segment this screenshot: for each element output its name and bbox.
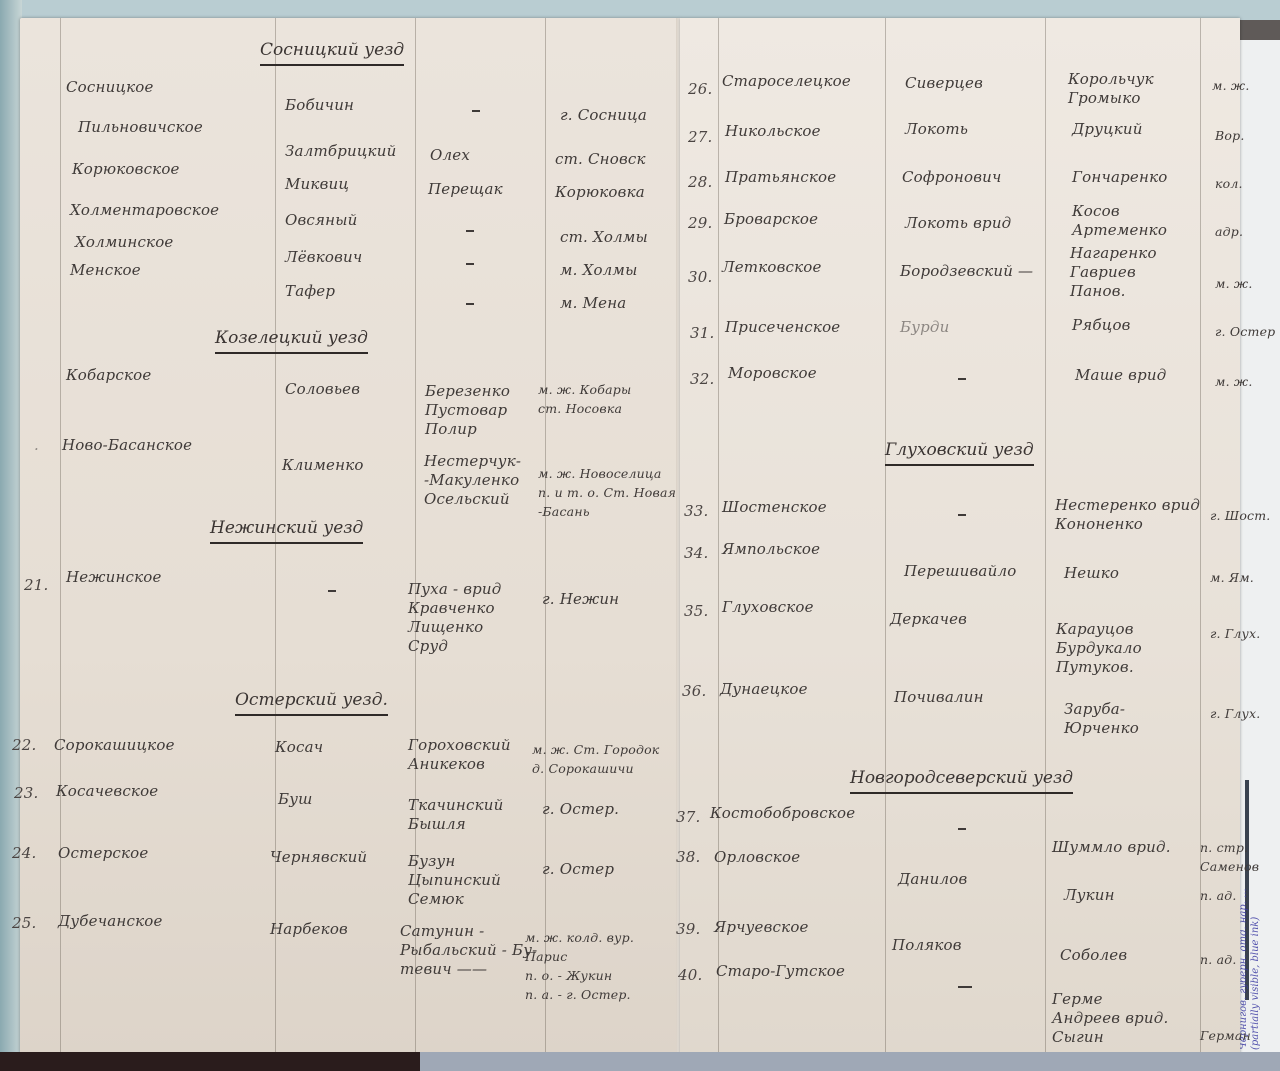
member-names: Ткачинский Бышля	[408, 796, 503, 834]
row-number: 29.	[688, 214, 712, 232]
member-names: Пуха - врид Кравченко Лищенко Сруд	[408, 580, 502, 656]
volost-name: Сорокашицкое	[54, 736, 175, 754]
row-number: 32.	[690, 370, 714, 388]
left-page: Сосницкий уезд Сосницкое Бобичин г. Сосн…	[20, 18, 680, 1056]
row-number: ·	[34, 440, 39, 458]
volost-name: Староселецкое	[722, 72, 851, 90]
row-number: 22.	[12, 736, 36, 754]
empty-dash	[958, 986, 972, 988]
empty-dash	[466, 303, 474, 305]
member-names: Карауцов Бурдукало Путуков.	[1056, 620, 1142, 677]
location: м. Холмы	[560, 261, 638, 279]
section-heading: Козелецкий уезд	[215, 328, 368, 354]
member-names: Сатунин - Рыбальский - Бу- тевич ——	[400, 922, 537, 979]
member-names: Нестерчук- -Макуленко Осельский	[424, 452, 521, 509]
chairman-name: Данилов	[898, 870, 967, 888]
location: Вор.	[1215, 128, 1245, 143]
column-rule	[60, 18, 61, 1056]
volost-name: Сосницкое	[66, 78, 154, 96]
chairman-name: Чернявский	[270, 848, 367, 866]
volost-name: Ново-Басанское	[62, 436, 192, 454]
member-names: Маше врид	[1075, 366, 1166, 384]
member-names: Герме Андреев врид. Сыгин	[1052, 990, 1168, 1047]
volost-name: Кобарское	[66, 366, 151, 384]
location: г. Нежин	[542, 590, 619, 608]
empty-dash	[466, 263, 474, 265]
chairman-name: Миквиц	[285, 175, 349, 193]
row-number: 40.	[678, 966, 702, 984]
location: м. ж. Кобары ст. Носовка	[538, 380, 631, 418]
location: м. ж. Ст. Городок д. Сорокашичи	[532, 740, 659, 778]
location: м. ж.	[1212, 78, 1250, 93]
chairman-name: Сиверцев	[905, 74, 983, 92]
chairman-name: Овсяный	[285, 211, 358, 229]
volost-name: Броварское	[724, 210, 818, 228]
location: п. ад.	[1200, 888, 1237, 903]
member-names: Перещак	[428, 180, 503, 198]
member-names: Гончаренко	[1072, 168, 1167, 186]
location: ст. Холмы	[560, 228, 648, 246]
volost-name: Старо-Гутское	[716, 962, 845, 980]
chairman-name: Бурди	[900, 318, 950, 336]
column-rule	[545, 18, 546, 1056]
background-left	[0, 0, 22, 1071]
member-names: Шуммло врид.	[1052, 838, 1171, 856]
location: г. Глух.	[1210, 626, 1260, 641]
empty-dash	[466, 230, 474, 232]
row-number: 24.	[12, 844, 36, 862]
location: г. Остер	[542, 860, 614, 878]
location: г. Глух.	[1210, 706, 1260, 721]
row-number: 39.	[676, 920, 700, 938]
location: м. ж. колд. вур. Парис п. о. - Жукин п. …	[525, 928, 634, 1004]
empty-dash	[958, 378, 966, 380]
volost-name: Косачевское	[56, 782, 158, 800]
volost-name: Глуховское	[722, 598, 814, 616]
volost-name: Пратьянское	[725, 168, 836, 186]
row-number: 36.	[682, 682, 706, 700]
chairman-name: Деркачев	[890, 610, 967, 628]
member-names: Соболев	[1060, 946, 1127, 964]
location: г. Остер	[1215, 324, 1275, 339]
row-number: 21.	[24, 576, 48, 594]
volost-name: Шостенское	[722, 498, 827, 516]
section-heading: Остерский уезд.	[235, 690, 388, 716]
volost-name: Остерское	[58, 844, 148, 862]
member-names: Заруба- Юрченко	[1064, 700, 1139, 738]
volost-name: Летковское	[722, 258, 822, 276]
section-heading: Новгородсеверский уезд	[850, 768, 1073, 794]
section-heading: Нежинский уезд	[210, 518, 363, 544]
member-names: Нагаренко Гавриев Панов.	[1070, 244, 1157, 301]
location: г. Сосница	[560, 106, 647, 124]
volost-name: Дунаецкое	[720, 680, 808, 698]
chairman-name: Залтбрицкий	[285, 142, 396, 160]
volost-name: Орловское	[714, 848, 800, 866]
location: ст. Сновск	[555, 150, 646, 168]
location: п. стр. Саменов	[1200, 838, 1259, 876]
row-number: 28.	[688, 173, 712, 191]
chairman-name: Косач	[275, 738, 323, 756]
volost-name: Ямпольское	[722, 540, 820, 558]
row-number: 30.	[688, 268, 712, 286]
empty-dash	[958, 514, 966, 516]
empty-dash	[328, 590, 336, 592]
member-names: Нестеренко врид Кононенко	[1055, 496, 1200, 534]
section-heading: Сосницкий уезд	[260, 40, 404, 66]
member-names: Косов Артеменко	[1072, 202, 1167, 240]
background-bottom	[0, 1052, 420, 1071]
row-number: 31.	[690, 324, 714, 342]
location: Герман	[1200, 1028, 1251, 1043]
location: м. ж.	[1215, 276, 1253, 291]
volost-name: Холминское	[75, 233, 174, 251]
chairman-name: Поляков	[892, 936, 962, 954]
location: г. Остер.	[542, 800, 619, 818]
row-number: 34.	[684, 544, 708, 562]
member-names: Рябцов	[1072, 316, 1131, 334]
row-number: 23.	[14, 784, 38, 802]
chairman-name: Соловьев	[285, 380, 360, 398]
volost-name: Нежинское	[66, 568, 162, 586]
chairman-name: Локоть врид	[905, 214, 1011, 232]
location: м. Ям.	[1210, 570, 1254, 585]
member-names: Лукин	[1064, 886, 1115, 904]
member-names: Гороховский Аникеков	[408, 736, 511, 774]
row-number: 38.	[676, 848, 700, 866]
column-rule	[1045, 18, 1046, 1058]
chairman-name: Софронович	[902, 168, 1002, 186]
location: г. Шост.	[1210, 508, 1270, 523]
background-top	[0, 0, 1280, 20]
chairman-name: Лёвкович	[285, 248, 362, 266]
volost-name: Моровское	[728, 364, 817, 382]
volost-name: Корюковское	[72, 160, 180, 178]
row-number: 33.	[684, 502, 708, 520]
column-rule	[885, 18, 886, 1058]
chairman-name: Нарбеков	[270, 920, 348, 938]
right-page: 26. Староселецкое Сиверцев Корольчук Гро…	[680, 18, 1240, 1058]
chairman-name: Тафер	[285, 282, 335, 300]
member-names: Березенко Пустовар Полир	[425, 382, 510, 439]
volost-name: Никольское	[725, 122, 821, 140]
location: м. Мена	[560, 294, 626, 312]
location: адр.	[1215, 224, 1243, 239]
section-heading: Глуховский уезд	[885, 440, 1034, 466]
chairman-name: Бобичин	[285, 96, 354, 114]
row-number: 27.	[688, 128, 712, 146]
volost-name: Пильновичское	[78, 118, 203, 136]
member-names: Нешко	[1064, 564, 1119, 582]
location: м. ж. Новоселица п. и т. о. Ст. Новая -Б…	[538, 464, 676, 521]
chairman-name: Бородзевский —	[900, 262, 1033, 280]
chairman-name: Перешивайло	[904, 562, 1016, 580]
location: м. ж.	[1215, 374, 1253, 389]
volost-name: Дубечанское	[58, 912, 163, 930]
volost-name: Ярчуевское	[714, 918, 809, 936]
location: Корюковка	[555, 183, 645, 201]
empty-dash	[958, 828, 966, 830]
member-names: Корольчук Громыко	[1068, 70, 1154, 108]
chairman-name: Буш	[278, 790, 313, 808]
member-names: Бузун Цыпинский Семюк	[408, 852, 501, 909]
location: кол.	[1215, 176, 1243, 191]
volost-name: Присеченское	[725, 318, 840, 336]
row-number: 37.	[676, 808, 700, 826]
row-number: 25.	[12, 914, 36, 932]
volost-name: Менское	[70, 261, 141, 279]
chairman-name: Почивалин	[894, 688, 984, 706]
margin-note: Чернигов. губерн. отд. нар. ... (partial…	[1238, 880, 1278, 1050]
row-number: 26.	[688, 80, 712, 98]
row-number: 35.	[684, 602, 708, 620]
empty-dash	[472, 110, 480, 112]
chairman-name: Клименко	[282, 456, 364, 474]
column-rule	[718, 18, 719, 1058]
volost-name: Холментаровское	[70, 201, 219, 219]
member-names: Олех	[430, 146, 470, 164]
chairman-name: Локоть	[905, 120, 968, 138]
member-names: Друцкий	[1072, 120, 1143, 138]
location: п. ад.	[1200, 952, 1237, 967]
background-bottom-right	[420, 1052, 1280, 1071]
volost-name: Костобобровское	[710, 804, 855, 822]
